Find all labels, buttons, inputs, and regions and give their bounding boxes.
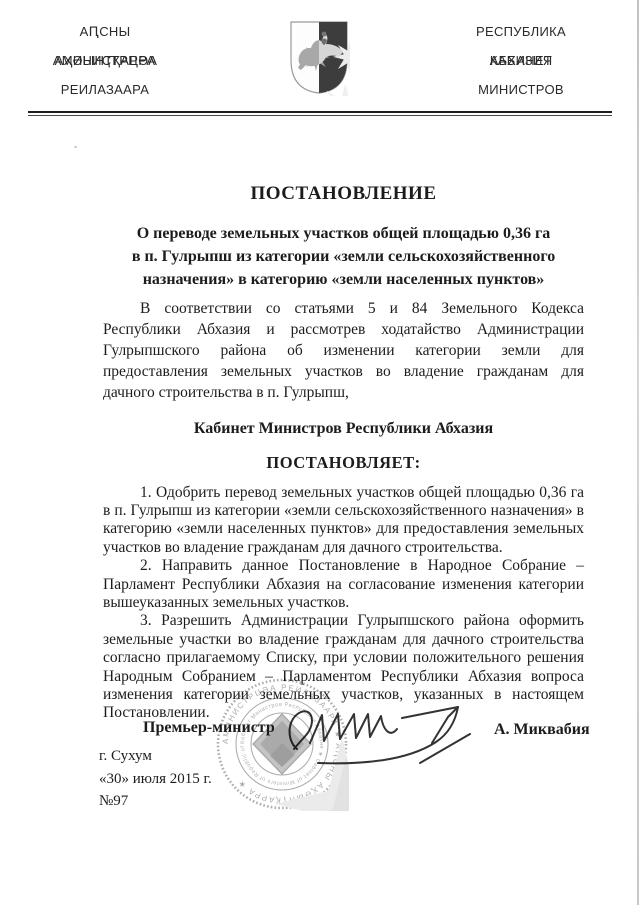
subject-line: в п. Гулрыпш из категории «земли сельско… (103, 245, 584, 268)
document-body: ПОСТАНОВЛЕНИЕ О переводе земельных участ… (103, 184, 584, 723)
subject-line: назначения» в категорию «земли населенны… (103, 268, 584, 291)
header-right-line: КАБИНЕТ (452, 46, 590, 75)
signature-city: г. Сухум (99, 748, 152, 765)
coat-of-arms-icon (288, 20, 350, 101)
scan-speck-artifact (74, 146, 77, 148)
header-right-line: РЕСПУБЛИКА АБХАЗИЯ (452, 17, 590, 46)
resolution-keyword: ПОСТАНОВЛЯЕТ: (103, 453, 584, 473)
decree-number: №97 (99, 793, 128, 810)
resolution-item-1: 1. Одобрить перевод земельных участков о… (103, 484, 584, 558)
handwritten-signature (270, 692, 485, 787)
scanned-decree-page: АԤСНЫ АҲӘЫНҬҚАРРА АМИНИСТРЦӘА РЕИЛАЗААРА (0, 0, 640, 905)
signature-date: «30» июля 2015 г. (99, 771, 212, 788)
header-left-line: РЕИЛАЗААРА (30, 75, 180, 104)
header-left-block: АԤСНЫ АҲӘЫНҬҚАРРА АМИНИСТРЦӘА РЕИЛАЗААРА (30, 17, 180, 104)
document-subject: О переводе земельных участков общей площ… (103, 222, 584, 291)
header-right-line: МИНИСТРОВ (452, 75, 590, 104)
issuing-authority: Кабинет Министров Республики Абхазия (103, 419, 584, 439)
signer-name: А. Миквабия (494, 721, 590, 739)
resolution-item-2: 2. Направить данное Постановление в Наро… (103, 557, 584, 612)
scan-edge-artifact (637, 0, 639, 905)
header-left-line: АԤСНЫ АҲӘЫНҬҚАРРА (30, 17, 180, 46)
header-divider (28, 111, 612, 116)
signer-role: Премьер-министр (143, 719, 275, 737)
subject-line: О переводе земельных участков общей площ… (103, 222, 584, 245)
preamble-paragraph: В соответствии со статьями 5 и 84 Земель… (103, 298, 584, 403)
document-title: ПОСТАНОВЛЕНИЕ (103, 184, 584, 204)
header-left-line: АМИНИСТРЦӘА (30, 46, 180, 75)
header-right-block: РЕСПУБЛИКА АБХАЗИЯ КАБИНЕТ МИНИСТРОВ (452, 17, 590, 104)
